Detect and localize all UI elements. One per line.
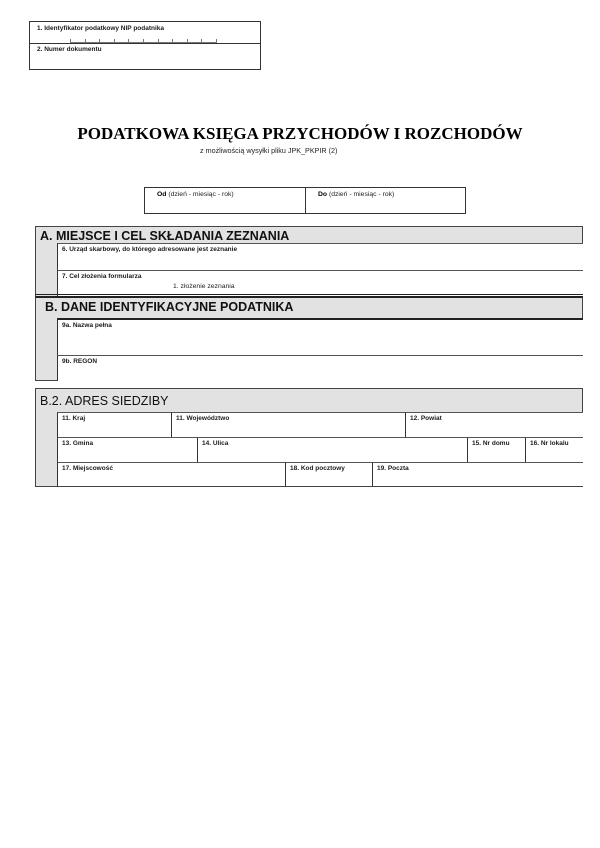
nip-tick	[114, 39, 115, 42]
city-label: 17. Miejscowość	[62, 466, 113, 473]
nip-tick	[99, 39, 100, 42]
postal-code-label: 18. Kod pocztowy	[290, 466, 345, 473]
nip-tick	[201, 39, 202, 42]
post-office-field[interactable]: 19. Poczta	[372, 462, 583, 486]
form-purpose-label: 7. Cel złożenia formularza	[62, 274, 141, 281]
period-from-hint: (dzień - miesiąc - rok)	[166, 191, 233, 198]
section-b2-title: B.2. ADRES SIEDZIBY	[40, 395, 169, 408]
section-divider	[35, 294, 583, 295]
nip-tick	[128, 39, 129, 42]
nip-tick	[172, 39, 173, 42]
regon-label: 9b. REGON	[62, 359, 97, 366]
form-purpose-value: 1. złożenie zeznania	[173, 283, 235, 290]
apartment-number-field[interactable]: 16. Nr lokalu	[525, 437, 583, 462]
voivodeship-label: 11. Województwo	[176, 416, 229, 423]
full-name-field[interactable]: 9a. Nazwa pełna	[57, 318, 583, 355]
county-label: 12. Powiat	[410, 416, 442, 423]
nip-digit-ticks	[70, 39, 217, 43]
post-office-label: 19. Poczta	[377, 466, 409, 473]
tax-office-label: 6. Urząd skarbowy, do którego adresowane…	[62, 247, 237, 254]
nip-label: 1. Identyfikator podatkowy NIP podatnika	[37, 26, 164, 33]
apartment-number-label: 16. Nr lokalu	[530, 441, 569, 448]
identifier-box: 1. Identyfikator podatkowy NIP podatnika…	[29, 21, 261, 70]
form-title: PODATKOWA KSIĘGA PRZYCHODÓW I ROZCHODÓW	[0, 124, 600, 144]
section-b-title: B. DANE IDENTYFIKACYJNE PODATNIKA	[45, 301, 293, 314]
house-number-field[interactable]: 15. Nr domu	[467, 437, 525, 462]
full-name-label: 9a. Nazwa pełna	[62, 323, 112, 330]
country-field[interactable]: 11. Kraj	[57, 412, 171, 437]
postal-code-field[interactable]: 18. Kod pocztowy	[285, 462, 372, 486]
period-to-hint: (dzień - miesiąc - rok)	[327, 191, 394, 198]
city-field[interactable]: 17. Miejscowość	[57, 462, 285, 486]
period-to-label: Do	[318, 191, 327, 198]
nip-field[interactable]: 1. Identyfikator podatkowy NIP podatnika	[30, 22, 260, 44]
nip-tick	[158, 39, 159, 42]
commune-label: 13. Gmina	[62, 441, 93, 448]
nip-tick	[187, 39, 188, 42]
nip-tick	[216, 39, 217, 42]
county-field[interactable]: 12. Powiat	[405, 412, 583, 437]
regon-field[interactable]: 9b. REGON	[57, 355, 583, 381]
period-from-field[interactable]: Od (dzień - miesiąc - rok)	[145, 188, 306, 213]
tax-office-field[interactable]: 6. Urząd skarbowy, do którego adresowane…	[57, 243, 583, 270]
form-title-text: PODATKOWA KSIĘGA PRZYCHODÓW I ROZCHODÓW	[77, 124, 522, 144]
street-field[interactable]: 14. Ulica	[197, 437, 467, 462]
country-label: 11. Kraj	[62, 416, 85, 423]
form-subtitle: z możliwością wysyłki pliku JPK_PKPIR (2…	[200, 146, 337, 155]
period-box: Od (dzień - miesiąc - rok) Do (dzień - m…	[144, 187, 466, 214]
nip-tick	[70, 39, 71, 42]
nip-tick	[85, 39, 86, 42]
street-label: 14. Ulica	[202, 441, 228, 448]
section-b2: B.2. ADRES SIEDZIBY 11. Kraj 11. Wojewód…	[35, 388, 583, 487]
section-b: B. DANE IDENTYFIKACYJNE PODATNIKA 9a. Na…	[35, 296, 583, 381]
voivodeship-field[interactable]: 11. Województwo	[171, 412, 405, 437]
section-a-title: A. MIEJSCE I CEL SKŁADANIA ZEZNANIA	[40, 230, 289, 243]
period-to-field[interactable]: Do (dzień - miesiąc - rok)	[306, 188, 465, 213]
nip-tick	[143, 39, 144, 42]
form-purpose-field[interactable]: 7. Cel złożenia formularza 1. złożenie z…	[57, 270, 583, 296]
section-a: A. MIEJSCE I CEL SKŁADANIA ZEZNANIA 6. U…	[35, 226, 583, 297]
document-number-label: 2. Numer dokumentu	[37, 47, 102, 54]
commune-field[interactable]: 13. Gmina	[57, 437, 197, 462]
house-number-label: 15. Nr domu	[472, 441, 510, 448]
